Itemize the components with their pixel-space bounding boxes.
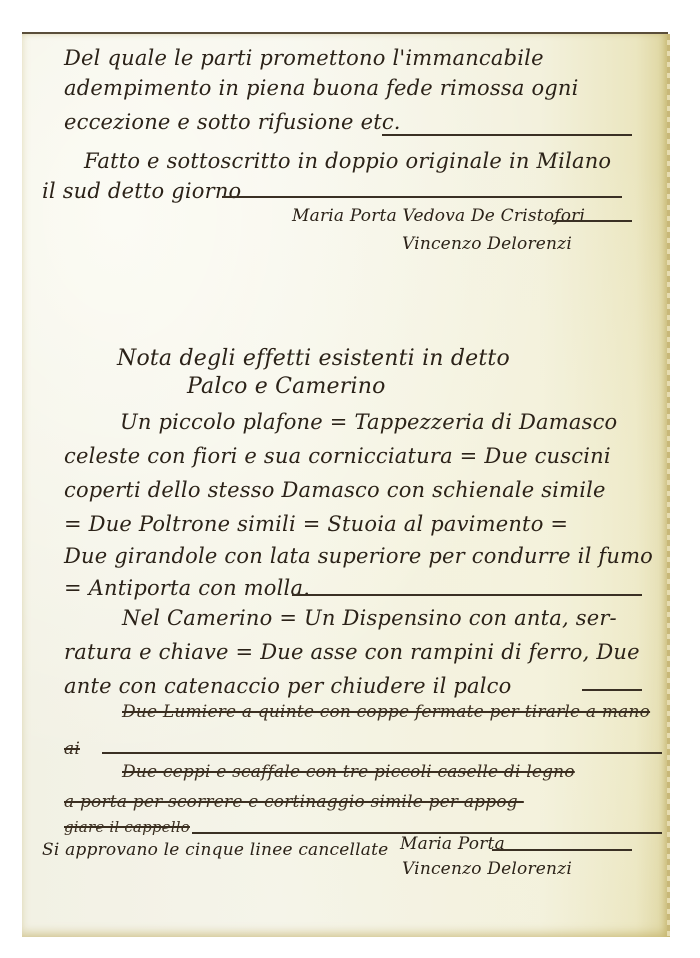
manuscript-page: Del quale le parti promettono l'immancab…	[22, 32, 668, 937]
text-line: ante con catenaccio per chiudere il palc…	[64, 674, 511, 698]
cancelled-line: ai	[64, 739, 80, 759]
cancelled-line: a porta per scorrere e cortinaggio simil…	[64, 792, 524, 812]
text-line: celeste con fiori e sua cornicciatura = …	[64, 444, 611, 468]
line-filler-rule	[582, 689, 642, 691]
text-line: Due girandole con lata superiore per con…	[64, 544, 653, 568]
line-filler-rule	[292, 594, 642, 596]
text-line: il sud detto giorno	[42, 179, 241, 203]
text-line: eccezione e sotto rifusione etc.	[64, 110, 401, 134]
line-filler-rule	[382, 134, 632, 136]
line-filler-rule	[102, 752, 662, 754]
signature: Maria Porta	[400, 834, 505, 854]
cancelled-line: Due Lumiere a quinte con coppe fermate p…	[122, 702, 650, 722]
cancelled-line: Due ceppi e scaffale con tre piccoli cas…	[122, 762, 575, 782]
signature: Vincenzo Delorenzi	[402, 234, 572, 254]
signature-rule	[492, 849, 632, 851]
inventory-title: Nota degli effetti esistenti in detto	[117, 346, 510, 371]
text-line: Nel Camerino = Un Dispensino con anta, s…	[122, 606, 617, 630]
text-line: Fatto e sottoscritto in doppio originale…	[84, 149, 611, 173]
line-filler-rule	[222, 196, 622, 198]
text-line: Un piccolo plafone = Tappezzeria di Dama…	[120, 410, 617, 434]
inventory-subtitle: Palco e Camerino	[187, 374, 386, 399]
cancelled-line: giare il cappello	[64, 818, 190, 836]
text-line: coperti dello stesso Damasco con schiena…	[64, 478, 606, 502]
signature-rule	[552, 220, 632, 222]
text-line: = Due Poltrone simili = Stuoia al pavime…	[64, 512, 568, 536]
text-line: adempimento in piena buona fede rimossa …	[64, 76, 579, 100]
signature: Maria Porta Vedova De Cristofori	[292, 206, 585, 226]
text-line: = Antiporta con molla.	[64, 576, 310, 600]
signature: Vincenzo Delorenzi	[402, 859, 572, 879]
text-line: ratura e chiave = Due asse con rampini d…	[64, 640, 640, 664]
approval-note: Si approvano le cinque linee cancellate	[42, 840, 388, 860]
text-line: Del quale le parti promettono l'immancab…	[64, 46, 544, 70]
